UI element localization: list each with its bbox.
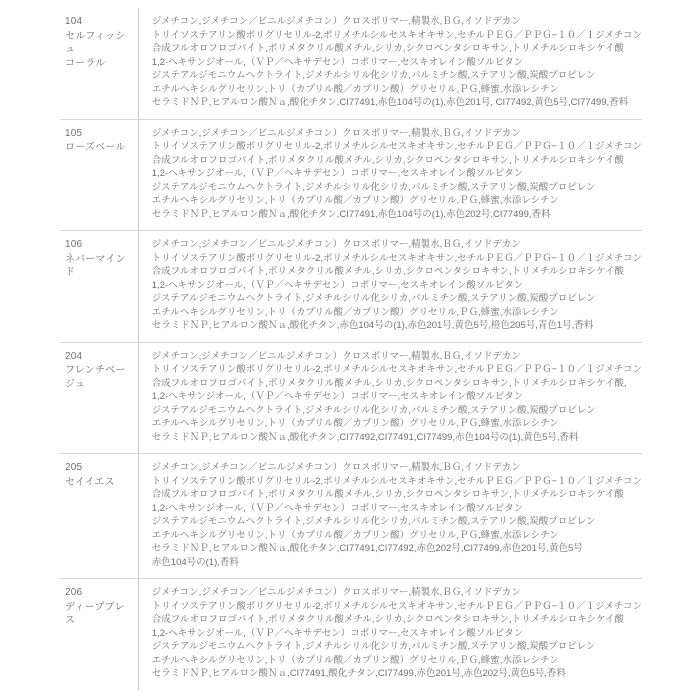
product-row: 206 ディープブレス ジメチコン,ジメチコン／ビニルジメチコン）クロスポリマー…: [60, 579, 642, 690]
ingredient-line: 1,2-ヘキサンジオール,（ＶＰ／ヘキサデセン）コポリマー,セスキオレイン酸ソル…: [152, 279, 642, 293]
product-code: 206: [65, 586, 134, 600]
ingredient-line: 合成フルオロフロゴパイト,ポリメタクリル酸メチル,シリカ,シクロペンタシロキサン…: [152, 613, 642, 627]
ingredient-line: ジメチコン,ジメチコン／ビニルジメチコン）クロスポリマー,精製水,ＢＧ,イソドデ…: [152, 586, 642, 600]
product-label-cell: 206 ディープブレス: [60, 579, 138, 690]
product-ingredients-cell: ジメチコン,ジメチコン／ビニルジメチコン）クロスポリマー,精製水,ＢＧ,イソドデ…: [138, 231, 642, 342]
product-row: 204 フレンチベージュ ジメチコン,ジメチコン／ビニルジメチコン）クロスポリマ…: [60, 343, 642, 455]
product-label-cell: 204 フレンチベージュ: [60, 343, 138, 454]
ingredient-line: トリイソステアリン酸ポリグリセリル-2,ポリメチルシルセスキオキサン,セチルＰＥ…: [152, 600, 642, 614]
ingredient-line: トリイソステアリン酸ポリグリセリル-2,ポリメチルシルセスキオキサン,セチルＰＥ…: [152, 475, 642, 489]
ingredient-line: ジメチコン,ジメチコン／ビニルジメチコン）クロスポリマー,精製水,ＢＧ,イソドデ…: [152, 238, 642, 252]
ingredient-line: 合成フルオロフロゴパイト,ポリメタクリル酸メチル,シリカ,シクロペンタシロキサン…: [152, 377, 642, 391]
ingredient-line: ジメチコン,ジメチコン／ビニルジメチコン）クロスポリマー,精製水,ＢＧ,イソドデ…: [152, 461, 642, 475]
ingredient-line: ジメチコン,ジメチコン／ビニルジメチコン）クロスポリマー,精製水,ＢＧ,イソドデ…: [152, 350, 642, 364]
ingredient-line: ジメチコン,ジメチコン／ビニルジメチコン）クロスポリマー,精製水,ＢＧ,イソドデ…: [152, 127, 642, 141]
ingredient-line: セラミドＮＰ,ヒアルロン酸Ｎａ,酸化チタン,CI77491,赤色104号の(1)…: [152, 208, 642, 222]
product-label-cell: 104 セルフィッシュコーラル: [60, 8, 138, 119]
ingredient-line: ジステアルジモニウムヘクトライト,ジメチルシリル化シリカ,パルミチン酸,ステアリ…: [152, 640, 642, 654]
ingredient-line: 1,2-ヘキサンジオール,（ＶＰ／ヘキサデセン）コポリマー,セスキオレイン酸ソル…: [152, 167, 642, 181]
ingredient-line: セラミドＮＰ,ヒアルロン酸Ｎａ,CI77491,酸化チタン,CI77499,赤色…: [152, 667, 642, 681]
product-ingredients-cell: ジメチコン,ジメチコン／ビニルジメチコン）クロスポリマー,精製水,ＢＧ,イソドデ…: [138, 454, 642, 578]
ingredient-line: ジステアルジモニウムヘクトライト,ジメチルシリル化シリカ,パルミチン酸,ステアリ…: [152, 181, 642, 195]
ingredient-line: ジステアルジモニウムヘクトライト,ジメチルシリル化シリカ,パルミチン酸,ステアリ…: [152, 292, 642, 306]
ingredient-line: トリイソステアリン酸ポリグリセリル-2,ポリメチルシルセスキオキサン,セチルＰＥ…: [152, 29, 642, 43]
ingredient-line: トリイソステアリン酸ポリグリセリル-2,ポリメチルシルセスキオキサン,セチルＰＥ…: [152, 363, 642, 377]
ingredient-line: セラミドＮＰ,ヒアルロン酸Ｎａ,酸化チタン,赤色104号の(1),赤色201号,…: [152, 319, 642, 333]
ingredient-line: 1,2-ヘキサンジオール,（ＶＰ／ヘキサデセン）コポリマー,セスキオレイン酸ソル…: [152, 56, 642, 70]
ingredient-line: 合成フルオロフロゴパイト,ポリメタクリル酸メチル,シリカ,シクロペンタシロキサン…: [152, 42, 642, 56]
product-name: ディープブレス: [65, 601, 134, 628]
product-code: 105: [65, 127, 134, 141]
ingredient-line: 1,2-ヘキサンジオール,（ＶＰ／ヘキサデセン）コポリマー,セスキオレイン酸ソル…: [152, 390, 642, 404]
ingredient-line: 1,2-ヘキサンジオール,（ＶＰ／ヘキサデセン）コポリマー,セスキオレイン酸ソル…: [152, 502, 642, 516]
ingredient-line: セラミドＮＰ,ヒアルロン酸Ｎａ,酸化チタン,CI77492,CI77491,CI…: [152, 431, 642, 445]
product-code: 106: [65, 238, 134, 252]
product-name: セイイエス: [65, 476, 134, 490]
ingredient-line: ジステアルジモニウムヘクトライト,ジメチルシリル化シリカ,パルミチン酸,ステアリ…: [152, 69, 642, 83]
product-row: 104 セルフィッシュコーラル ジメチコン,ジメチコン／ビニルジメチコン）クロス…: [60, 8, 642, 120]
ingredient-table: 104 セルフィッシュコーラル ジメチコン,ジメチコン／ビニルジメチコン）クロス…: [60, 8, 642, 690]
product-name: ネバーマインド: [65, 253, 134, 280]
ingredient-line: エチルヘキシルグリセリン,トリ（カプリル酸／カプリン酸）グリセリル,ＰＧ,蜂蜜,…: [152, 194, 642, 208]
product-name: コーラル: [65, 57, 134, 71]
ingredient-line: エチルヘキシルグリセリン,トリ（カプリル酸／カプリン酸）グリセリル,ＰＧ,蜂蜜,…: [152, 417, 642, 431]
ingredient-line: トリイソステアリン酸ポリグリセリル-2,ポリメチルシルセスキオキサン,セチルＰＥ…: [152, 140, 642, 154]
product-name: セルフィッシュ: [65, 30, 134, 57]
product-code: 104: [65, 15, 134, 29]
ingredient-line: セラミドＮＰ,ヒアルロン酸Ｎａ,酸化チタン,CI77491,CI77492,赤色…: [152, 542, 642, 556]
ingredient-line: ジステアルジモニウムヘクトライト,ジメチルシリル化シリカ,パルミチン酸,ステアリ…: [152, 515, 642, 529]
product-label-cell: 105 ローズベール: [60, 120, 138, 231]
ingredient-line: 1,2-ヘキサンジオール,（ＶＰ／ヘキサデセン）コポリマー,セスキオレイン酸ソル…: [152, 627, 642, 641]
product-code: 204: [65, 350, 134, 364]
product-ingredients-cell: ジメチコン,ジメチコン／ビニルジメチコン）クロスポリマー,精製水,ＢＧ,イソドデ…: [138, 8, 642, 119]
ingredient-line: セラミドＮＰ,ヒアルロン酸Ｎａ,酸化チタン,CI77491,赤色104号の(1)…: [152, 96, 642, 110]
product-row: 106 ネバーマインド ジメチコン,ジメチコン／ビニルジメチコン）クロスポリマー…: [60, 231, 642, 343]
ingredient-line: 赤色104号の(1),香料: [152, 556, 642, 570]
product-label-cell: 106 ネバーマインド: [60, 231, 138, 342]
ingredient-line: エチルヘキシルグリセリン,トリ（カプリル酸／カプリン酸）グリセリル,ＰＧ,蜂蜜,…: [152, 654, 642, 668]
product-name: フレンチベージュ: [65, 364, 134, 391]
ingredient-line: ジステアルジモニウムヘクトライト,ジメチルシリル化シリカ,パルミチン酸,ステアリ…: [152, 404, 642, 418]
ingredient-line: トリイソステアリン酸ポリグリセリル-2,ポリメチルシルセスキオキサン,セチルＰＥ…: [152, 252, 642, 266]
product-row: 205 セイイエス ジメチコン,ジメチコン／ビニルジメチコン）クロスポリマー,精…: [60, 454, 642, 579]
product-name: ローズベール: [65, 141, 134, 155]
ingredient-line: 合成フルオロフロゴパイト,ポリメタクリル酸メチル,シリカ,シクロペンタシロキサン…: [152, 154, 642, 168]
ingredient-line: エチルヘキシルグリセリン,トリ（カプリル酸／カプリン酸）グリセリル,ＰＧ,蜂蜜,…: [152, 83, 642, 97]
product-code: 205: [65, 461, 134, 475]
product-row: 105 ローズベール ジメチコン,ジメチコン／ビニルジメチコン）クロスポリマー,…: [60, 120, 642, 232]
product-label-cell: 205 セイイエス: [60, 454, 138, 578]
ingredient-line: エチルヘキシルグリセリン,トリ（カプリル酸／カプリン酸）グリセリル,ＰＧ,蜂蜜,…: [152, 306, 642, 320]
product-ingredients-cell: ジメチコン,ジメチコン／ビニルジメチコン）クロスポリマー,精製水,ＢＧ,イソドデ…: [138, 579, 642, 690]
product-ingredients-cell: ジメチコン,ジメチコン／ビニルジメチコン）クロスポリマー,精製水,ＢＧ,イソドデ…: [138, 120, 642, 231]
ingredient-line: 合成フルオロフロゴパイト,ポリメタクリル酸メチル,シリカ,シクロペンタシロキサン…: [152, 488, 642, 502]
ingredient-line: ジメチコン,ジメチコン／ビニルジメチコン）クロスポリマー,精製水,ＢＧ,イソドデ…: [152, 15, 642, 29]
product-ingredients-cell: ジメチコン,ジメチコン／ビニルジメチコン）クロスポリマー,精製水,ＢＧ,イソドデ…: [138, 343, 642, 454]
ingredient-line: 合成フルオロフロゴパイト,ポリメタクリル酸メチル,シリカ,シクロペンタシロキサン…: [152, 265, 642, 279]
ingredient-line: エチルヘキシルグリセリン,トリ（カプリル酸／カプリン酸）グリセリル,ＰＧ,蜂蜜,…: [152, 529, 642, 543]
